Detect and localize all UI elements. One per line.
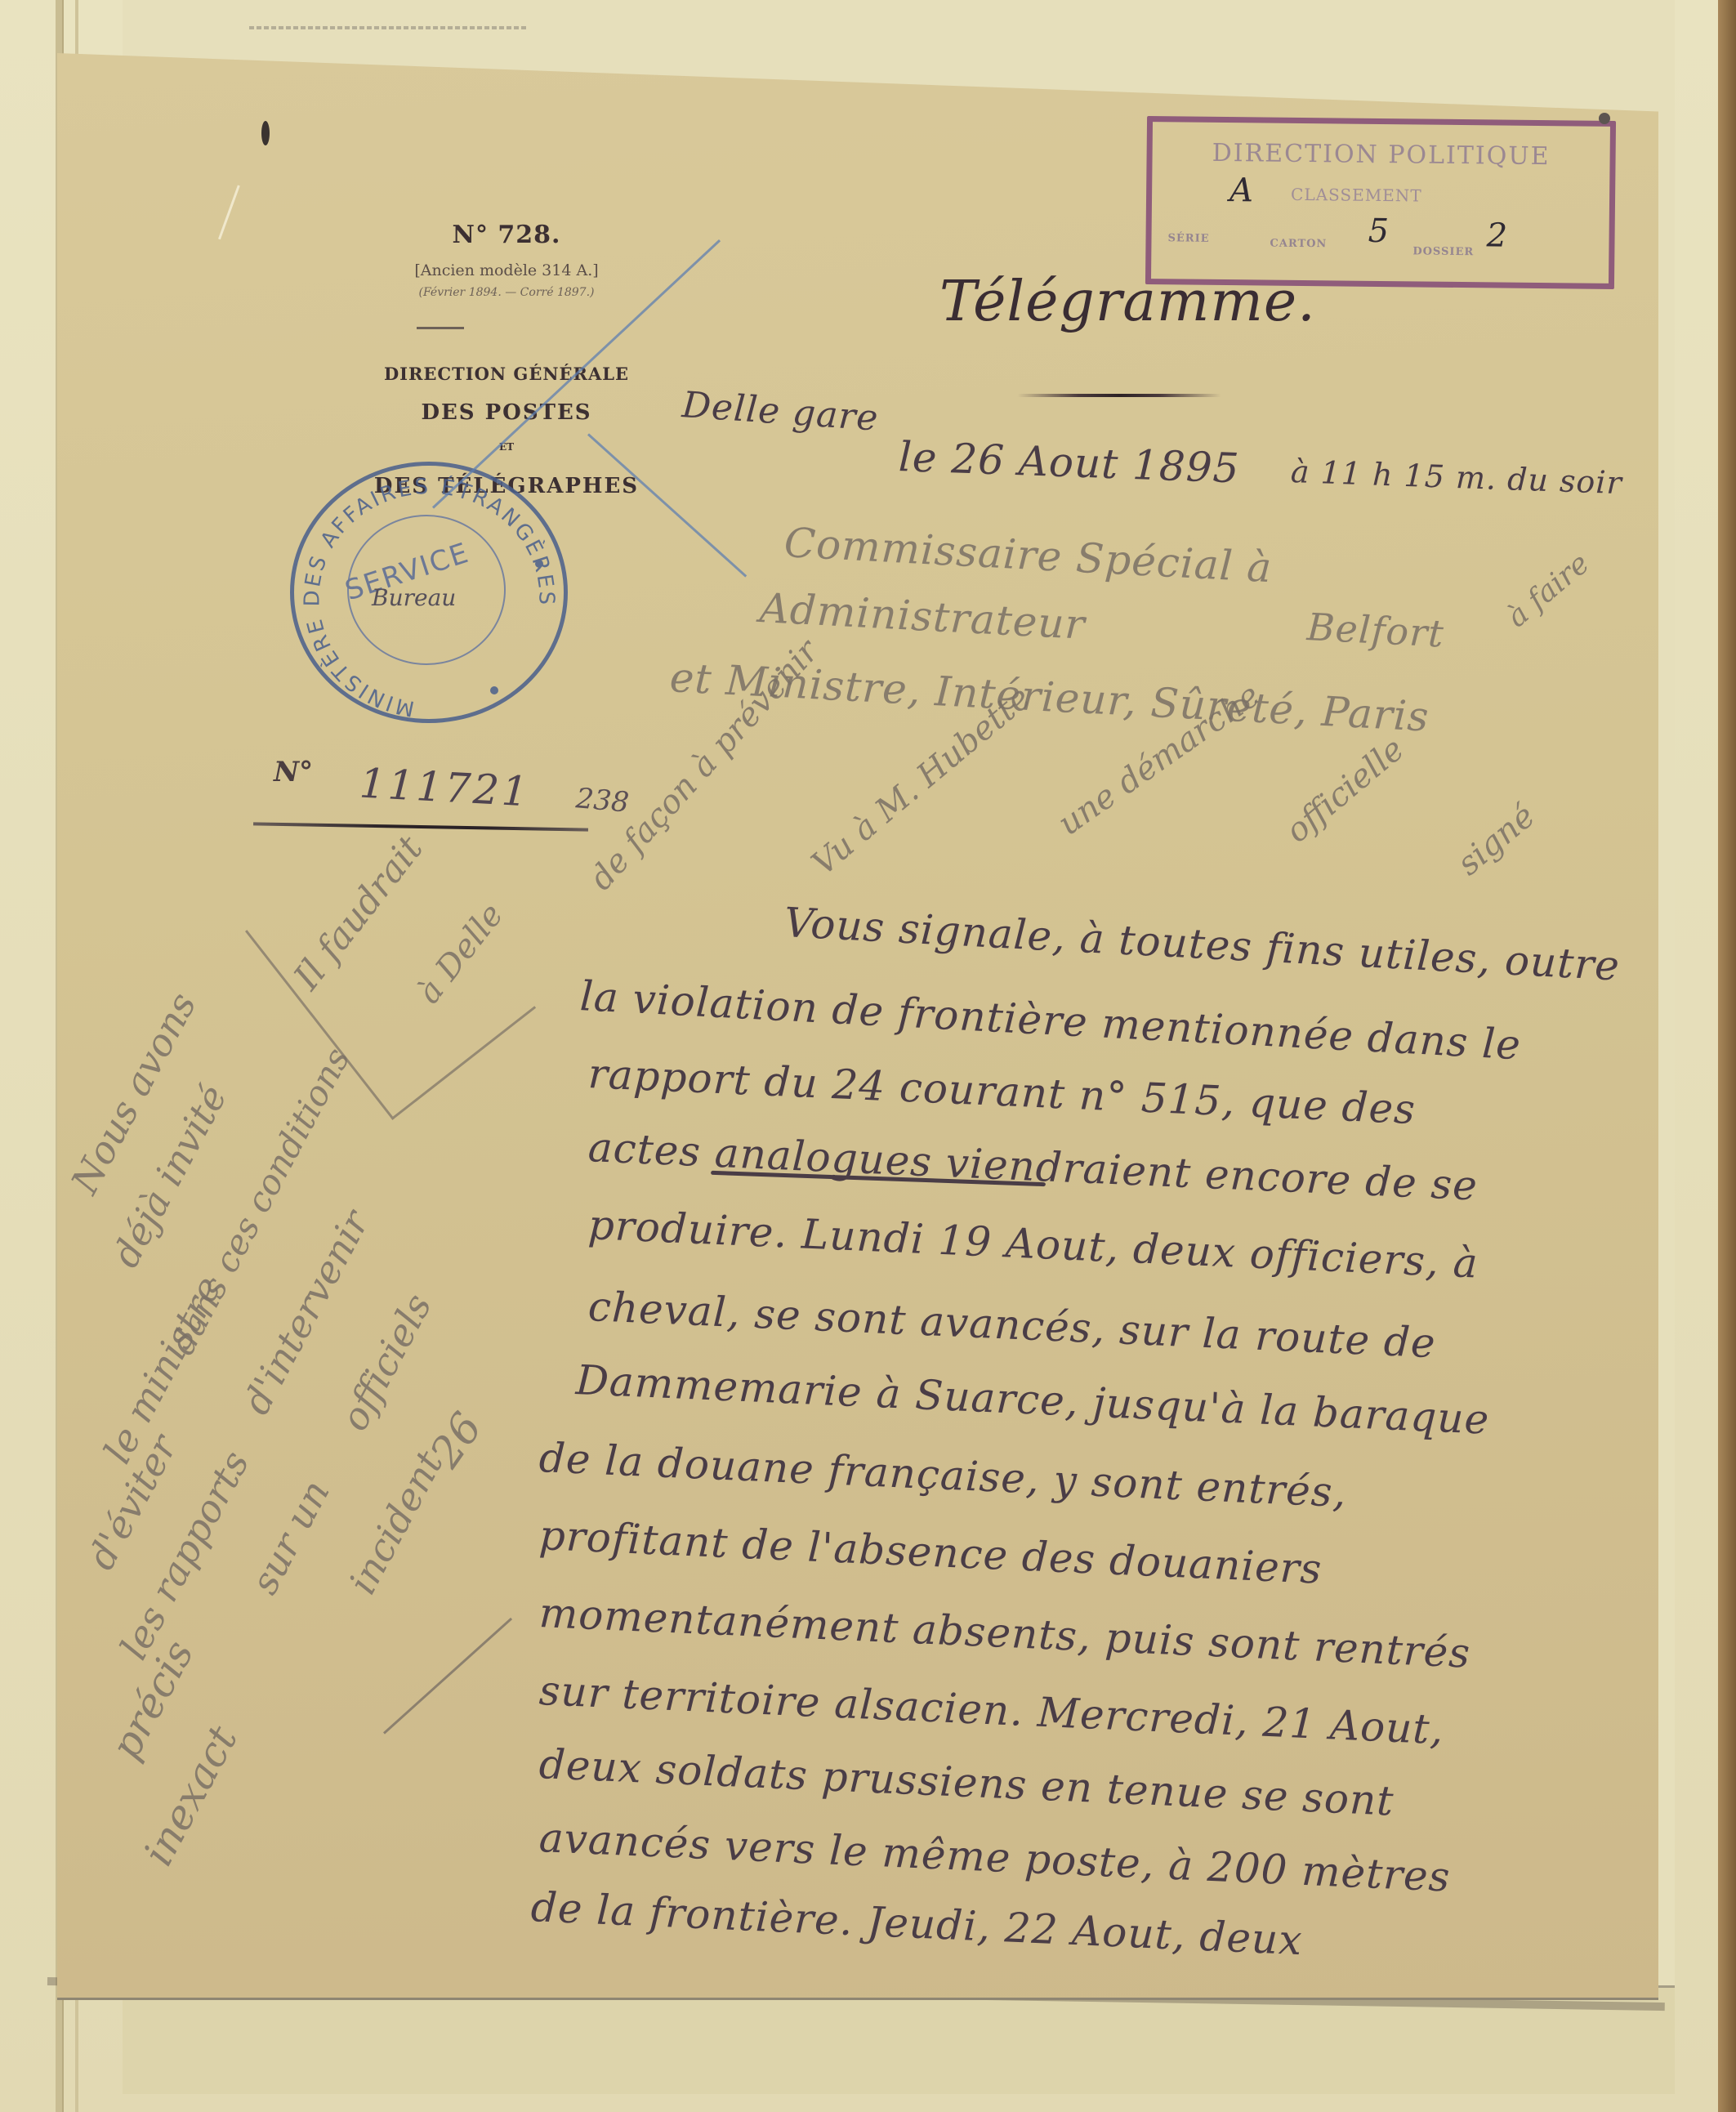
stamp-bureau: Bureau [372, 584, 456, 611]
serie-value: A [1229, 172, 1253, 209]
serial-prefix: N° [274, 756, 313, 788]
classement-stamp: DIRECTION POLITIQUE CLASSEMENT A SÉRIE C… [1145, 116, 1616, 289]
serial-number: 111721 [359, 760, 532, 816]
stamp-dot [535, 560, 543, 568]
stamp-subtitle: CLASSEMENT [1291, 185, 1422, 206]
des-postes: DES POSTES [270, 400, 743, 425]
dossier-value: 2 [1486, 217, 1507, 254]
serie-label: SÉRIE [1167, 232, 1209, 245]
title-flourish [1017, 394, 1221, 397]
pin-icon [1599, 113, 1610, 124]
ministry-stamp: MINISTÈRE DES AFFAIRES ÉTRANGÈRES SERVIC… [290, 462, 568, 723]
stamp-dot [490, 686, 498, 694]
underlying-sheet-rule [249, 26, 527, 29]
form-model: [Ancien modèle 314 A.] [302, 261, 711, 279]
form-number: N° 728. [343, 221, 670, 249]
dossier-label: DOSSIER [1412, 245, 1474, 258]
stamp-title: DIRECTION POLITIQUE [1185, 138, 1577, 171]
form-divider [417, 327, 464, 329]
form-edition: (Février 1894. — Corré 1897.) [302, 286, 711, 299]
recipient-1-place: Belfort [1306, 605, 1446, 656]
direction-generale: DIRECTION GÉNÉRALE [270, 364, 743, 384]
carton-label: CARTON [1270, 238, 1327, 251]
et-label: ET [270, 441, 743, 453]
pin-icon [261, 121, 270, 145]
carton-value: 5 [1368, 212, 1389, 250]
serial-extra: 238 [574, 782, 630, 819]
wood-edge [1718, 0, 1736, 2112]
